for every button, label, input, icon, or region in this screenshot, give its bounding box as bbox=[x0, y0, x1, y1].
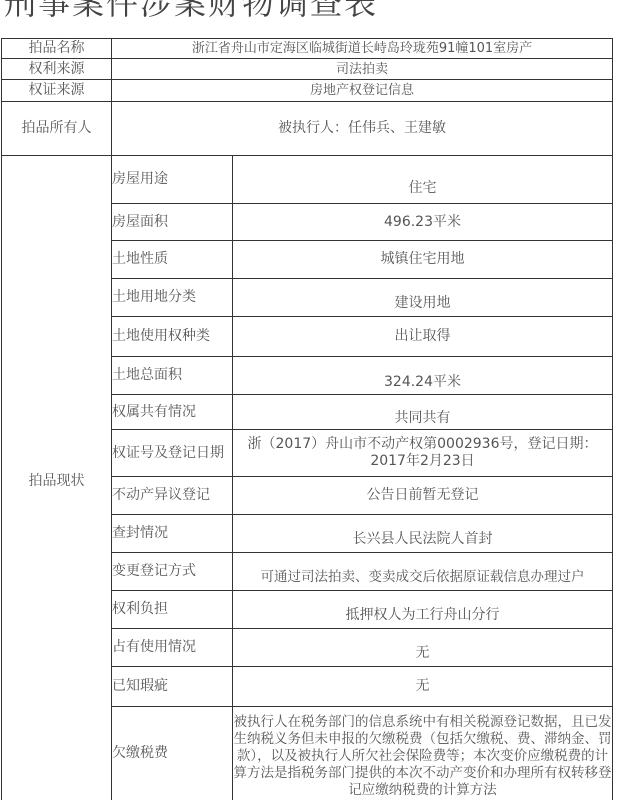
row-value: 住宅 bbox=[233, 156, 613, 204]
row-label: 土地使用权种类 bbox=[112, 317, 233, 357]
row-label: 欠缴税费 bbox=[112, 707, 233, 800]
row-value: 被执行人在税务部门的信息系统中有相关税源登记数据，且已发生纳税义务但未申报的欠缴… bbox=[233, 707, 613, 800]
row-value: 浙江省舟山市定海区临城街道长峙岛玲珑苑91幢101室房产 bbox=[112, 39, 613, 59]
row-value: 司法拍卖 bbox=[112, 59, 613, 80]
row-label: 拍品所有人 bbox=[2, 102, 112, 156]
row-label: 权属共有情况 bbox=[112, 395, 233, 430]
row-value: 城镇住宅用地 bbox=[233, 241, 613, 279]
row-label: 变更登记方式 bbox=[112, 553, 233, 591]
row-value: 496.23平米 bbox=[233, 204, 613, 241]
table-row: 权利来源 司法拍卖 bbox=[2, 59, 613, 80]
row-label: 土地用地分类 bbox=[112, 279, 233, 317]
table-row: 拍品现状 房屋用途 住宅 bbox=[2, 156, 613, 204]
row-label: 权证来源 bbox=[2, 80, 112, 102]
row-value: 无 bbox=[233, 629, 613, 667]
row-value: 建设用地 bbox=[233, 279, 613, 317]
row-label: 查封情况 bbox=[112, 515, 233, 553]
row-value: 抵押权人为工行舟山分行 bbox=[233, 591, 613, 629]
row-value: 可通过司法拍卖、变卖成交后依据原证载信息办理过户 bbox=[233, 553, 613, 591]
row-value: 公告日前暂无登记 bbox=[233, 477, 613, 515]
property-survey-table: 拍品名称 浙江省舟山市定海区临城街道长峙岛玲珑苑91幢101室房产 权利来源 司… bbox=[1, 38, 613, 800]
table-row: 权证来源 房地产权登记信息 bbox=[2, 80, 613, 102]
row-label: 权利负担 bbox=[112, 591, 233, 629]
status-section-label: 拍品现状 bbox=[2, 156, 112, 800]
row-label: 房屋面积 bbox=[112, 204, 233, 241]
row-label: 权利来源 bbox=[2, 59, 112, 80]
row-value: 被执行人：任伟兵、王建敏 bbox=[112, 102, 613, 156]
row-label: 权证号及登记日期 bbox=[112, 430, 233, 477]
row-value: 324.24平米 bbox=[233, 357, 613, 395]
row-value: 无 bbox=[233, 667, 613, 707]
table-row: 拍品所有人 被执行人：任伟兵、王建敏 bbox=[2, 102, 613, 156]
row-value: 出让取得 bbox=[233, 317, 613, 357]
row-label: 房屋用途 bbox=[112, 156, 233, 204]
document-title: 刑事案件涉案财物调查表 bbox=[4, 0, 378, 24]
row-label: 不动产异议登记 bbox=[112, 477, 233, 515]
row-value: 浙（2017）舟山市不动产权第0002936号，登记日期：2017年2月23日 bbox=[233, 430, 613, 477]
row-label: 土地性质 bbox=[112, 241, 233, 279]
row-value: 房地产权登记信息 bbox=[112, 80, 613, 102]
row-label: 已知瑕疵 bbox=[112, 667, 233, 707]
row-label: 占有使用情况 bbox=[112, 629, 233, 667]
row-value: 共同共有 bbox=[233, 395, 613, 430]
row-label: 拍品名称 bbox=[2, 39, 112, 59]
row-value: 长兴县人民法院人首封 bbox=[233, 515, 613, 553]
table-row: 拍品名称 浙江省舟山市定海区临城街道长峙岛玲珑苑91幢101室房产 bbox=[2, 39, 613, 59]
row-label: 土地总面积 bbox=[112, 357, 233, 395]
